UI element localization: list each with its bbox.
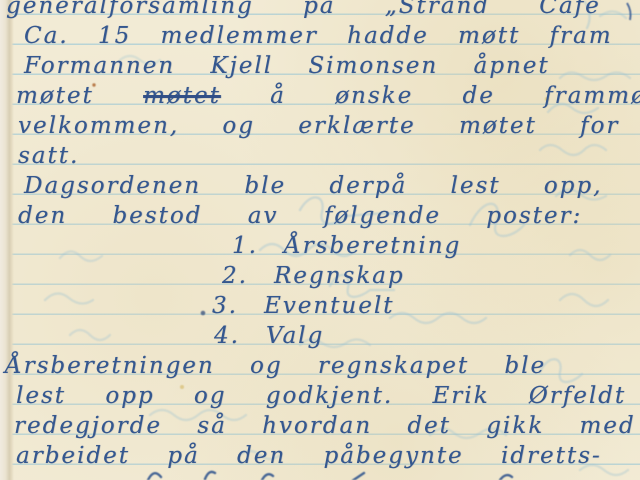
word: møtet [16,83,94,109]
agenda-item-1: 1. Årsberetning [232,233,461,260]
handwriting-line-2: Ca. 15 medlemmer hadde møtt fram [24,23,613,50]
scanned-notebook-page: { "colors": { "paper": "#f2ebd5", "rule"… [0,0,640,480]
struck-word: møtet [143,83,221,109]
page-left-edge [0,0,14,480]
handwriting-line-1: generalforsamling på „Strand Café [6,0,601,20]
handwriting-line-5: velkommen, og erklærte møtet for [18,113,619,140]
handwriting-line-14: lest opp og godkjent. Erik Ørfeldt [16,383,626,410]
agenda-number: 3. [212,293,238,320]
agenda-number: 2. [222,263,248,290]
phrase: å ønske de frammøtte [270,83,640,109]
handwriting-line-6: satt. [18,143,79,170]
agenda-label: Eventuelt [264,293,394,320]
agenda-label: Valg [266,323,324,350]
handwriting-line-7: Dagsordenen ble derpå lest opp, og [24,173,640,200]
agenda-label: Årsberetning [284,233,461,260]
agenda-item-3: 3. Eventuelt [212,293,394,320]
agenda-label: Regnskap [274,263,405,290]
agenda-number: 1. [232,233,258,260]
handwriting-line-13: Årsberetningen og regnskapet ble [5,353,546,380]
handwriting-line-15: redegjorde så hvordan det gikk med [14,413,636,440]
agenda-number: 4. [214,323,240,350]
handwriting-line-3: Formannen Kjell Simonsen åpnet [24,53,550,80]
handwriting-line-16: arbeidet på den påbegynte idretts- [16,443,602,470]
handwriting-line-4: møtet møtet å ønske de frammøtte [16,83,640,110]
agenda-item-4: 4. Valg [214,323,324,350]
agenda-item-2: 2. Regnskap [222,263,405,290]
handwriting-line-8: den bestod av følgende poster: [18,203,582,230]
